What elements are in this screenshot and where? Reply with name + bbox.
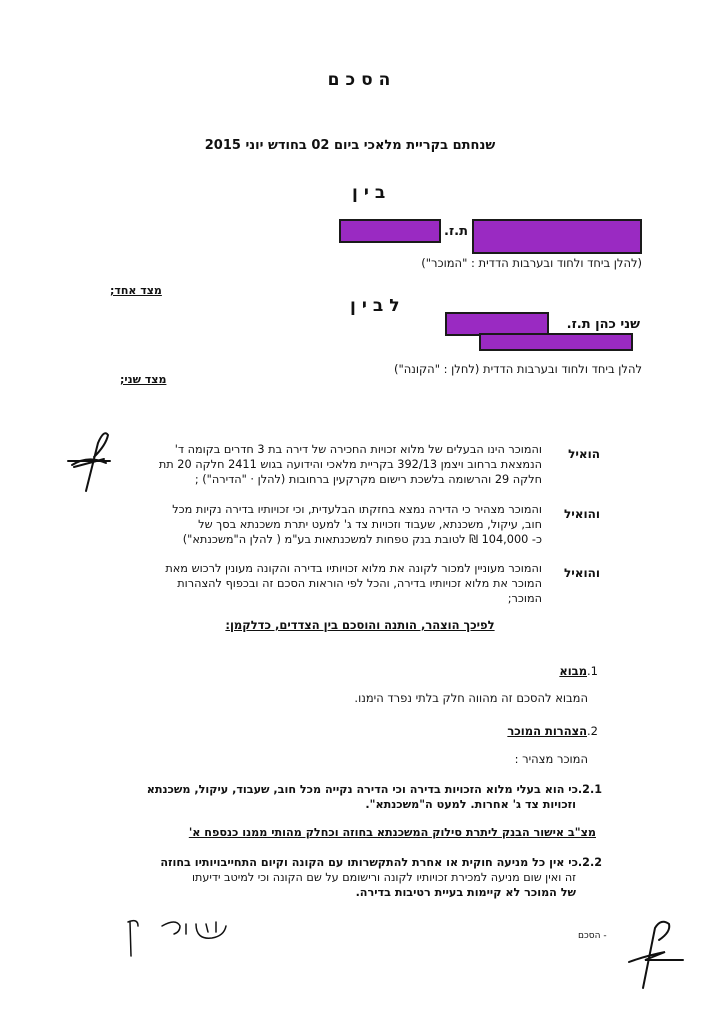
recital-3-label: והואיל — [560, 566, 600, 580]
recital-1-label: הואיל — [560, 447, 600, 461]
recital-line: חלקה 29 והרשומה בלשכת רישום מקרקעין ברחו… — [118, 472, 542, 487]
seller-id-label: ת.ז. — [444, 224, 468, 239]
recital-line: והמוכר מעוניין למכור לקונה את מלוא זכויו… — [118, 561, 542, 576]
buyer-name-id-label: שני כהן ת.ז. — [550, 317, 640, 332]
recital-line: הנמצאת ברחוב ויצמן 392/13 בקריית מלאכי ו… — [118, 457, 542, 472]
and-between-heading: לבין — [350, 296, 406, 316]
recital-3-text: והמוכר מעוניין למכור לקונה את מלוא זכויו… — [118, 561, 542, 606]
seller-signature — [625, 918, 695, 990]
section-1-heading: 1.מבוא — [500, 664, 598, 678]
recital-line: כ- 104,000 ₪ לטובת בנק טפחות למשכנתאות ב… — [118, 532, 542, 547]
section-title: הצהרות המוכר — [507, 724, 587, 738]
clause-line: של המוכר לא קיימות בעיית רטיבות בדירה. — [108, 885, 602, 900]
date-line: שנחתם בקריית מלאכי ביום 02 בחודש יוני 20… — [180, 138, 520, 153]
between-heading: בין — [352, 183, 391, 203]
recital-line: המוכר; — [118, 591, 542, 606]
document-title: הסכם — [0, 70, 724, 90]
annex-note: מצ"ב אישור הבנק ליתרת סילוק המשכנתא בחוז… — [108, 826, 596, 839]
recital-line: והמוכר מצהיר כי הדירה נמצא בחזקתו הבלעדי… — [118, 502, 542, 517]
recital-2-label: והואיל — [560, 507, 600, 521]
buyer-handwritten-signature — [124, 912, 234, 960]
margin-initials-signature — [64, 425, 119, 495]
therefore-clause: לפיכך הוצהר, הותנה והוסכם בין הצדדים, כד… — [210, 618, 510, 632]
recital-line: והמוכר הינו הבעלים של מלוא זכויות החכירה… — [118, 442, 542, 457]
seller-designation: (להלן ביחד ולחוד ובערבות הדדית : "המוכר"… — [392, 256, 642, 270]
section-title: מבוא — [559, 664, 587, 678]
party-one-label: מצד אחד; — [110, 284, 162, 297]
section-2-intro: המוכר מצהיר : — [480, 752, 588, 766]
clause-line: זה ואין שום מניעה למכירת זכויותיו לקונה … — [108, 870, 602, 885]
section-number: 2. — [587, 724, 598, 738]
section-1-text: המבוא להסכם זה מהווה חלק בלתי נפרד הימנו… — [330, 691, 588, 705]
section-number: 1. — [587, 664, 598, 678]
redacted-buyer-extra — [479, 333, 633, 351]
buyer-designation: להלן ביחד ולחוד ובערבות הדדית (לחלן : "ה… — [360, 362, 642, 376]
party-two-label: מצד שני; — [120, 373, 166, 386]
redacted-seller-id — [339, 219, 441, 243]
clause-line: וזכויות צד ג' אחרות. למעט ה"משכנתא". — [108, 797, 602, 812]
recital-2-text: והמוכר מצהיר כי הדירה נמצא בחזקתו הבלעדי… — [118, 502, 542, 547]
recital-1-text: והמוכר הינו הבעלים של מלוא זכויות החכירה… — [118, 442, 542, 487]
redacted-seller-name — [472, 219, 642, 254]
clause-2-2: 2.2.כי אין כל מניעה חוקית או אחרת להתקשר… — [108, 855, 602, 900]
clause-line: 2.2.כי אין כל מניעה חוקית או אחרת להתקשר… — [108, 855, 602, 870]
clause-2-1: 2.1.כי הוא בעלי מלוא הזכויות בדירה וכי ה… — [108, 782, 602, 812]
recital-line: חוב, עיקול, משכנתא, שעבוד וזכויות צד ג' … — [118, 517, 542, 532]
clause-line: 2.1.כי הוא בעלי מלוא הזכויות בדירה וכי ה… — [108, 782, 602, 797]
recital-line: המוכר את מלוא זכויותיו בדירה, והכל לפי ה… — [118, 576, 542, 591]
section-2-heading: 2.הצהרות המוכר — [460, 724, 598, 738]
approval-label: - הסכם — [578, 931, 607, 941]
